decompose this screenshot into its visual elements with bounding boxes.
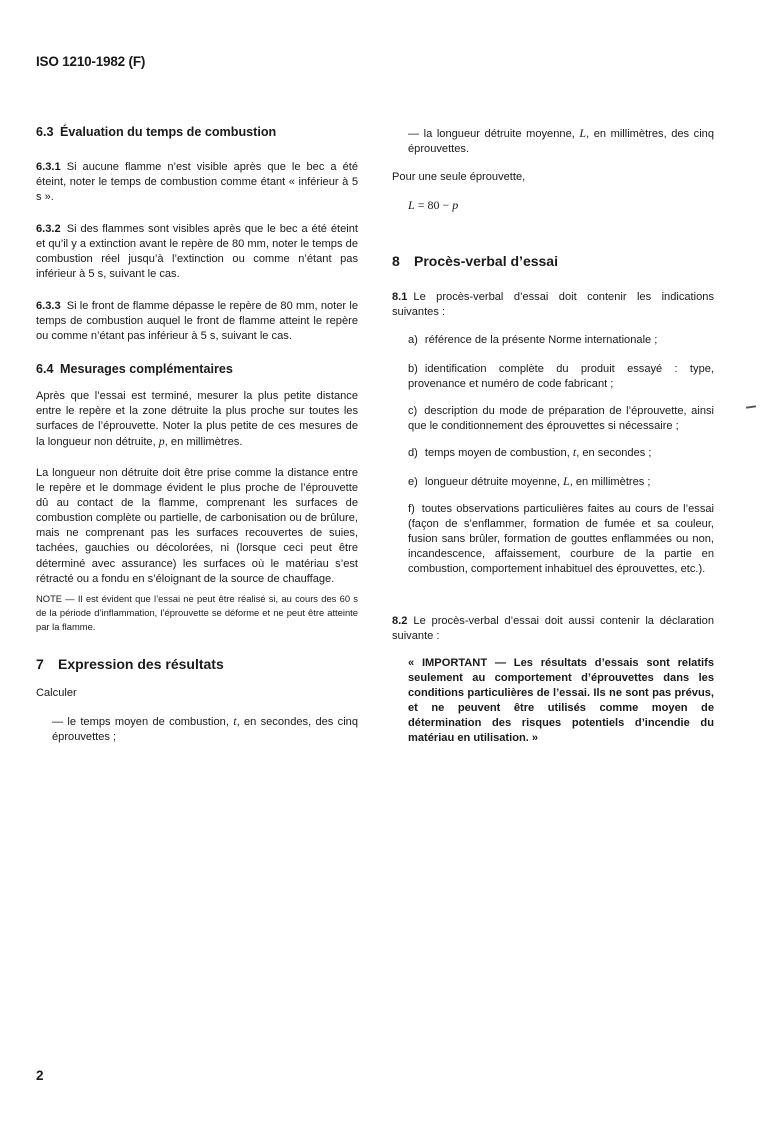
section-heading-6-3: 6.3Évaluation du temps de combustion bbox=[36, 125, 358, 139]
formula-lhs: L bbox=[408, 198, 415, 212]
paragraph-6-4-measure: Après que l’essai est terminé, mesurer l… bbox=[36, 389, 358, 450]
item-text: temps moyen de combustion, bbox=[425, 447, 573, 459]
note-block: NOTE — Il est évident que l’essai ne peu… bbox=[36, 592, 358, 634]
clause-number: 6.3.3 bbox=[36, 300, 61, 312]
formula: L = 80 − p bbox=[392, 198, 714, 213]
clause-6-3-2: 6.3.2Si des flammes sont visibles après … bbox=[36, 222, 358, 282]
item-text: , en secondes ; bbox=[576, 447, 651, 459]
report-item-e: e)longueur détruite moyenne, L, en milli… bbox=[392, 474, 714, 490]
clause-8-2: 8.2Le procès-verbal d’essai doit aussi c… bbox=[392, 614, 714, 644]
section-title: Expression des résultats bbox=[58, 656, 224, 672]
section-title: Mesurages complémentaires bbox=[60, 362, 233, 376]
report-item-c: c)description du mode de préparation de … bbox=[392, 404, 714, 434]
section-number: 8 bbox=[392, 253, 414, 269]
paragraph-text: Calculer bbox=[36, 686, 358, 701]
item-text: description du mode de préparation de l’… bbox=[408, 405, 714, 432]
item-text: référence de la présente Norme internati… bbox=[425, 334, 658, 346]
section-number: 7 bbox=[36, 656, 58, 672]
clause-text: Le procès-verbal d’essai doit contenir l… bbox=[392, 291, 714, 318]
report-item-b: b)identification complète du produit ess… bbox=[392, 362, 714, 392]
note-text: NOTE — Il est évident que l’essai ne peu… bbox=[36, 592, 358, 634]
section-title: Évaluation du temps de combustion bbox=[60, 125, 276, 139]
paragraph-text: , en millimètres. bbox=[165, 436, 243, 448]
margin-mark bbox=[746, 405, 756, 408]
document-header-standard-id: ISO 1210-1982 (F) bbox=[36, 54, 145, 69]
list-item-mean-time: — le temps moyen de combustion, t, en se… bbox=[36, 714, 358, 745]
important-quote-text: « IMPORTANT — Les résultats d’essais son… bbox=[392, 656, 714, 747]
item-text: , en millimètres ; bbox=[570, 476, 651, 488]
clause-number: 6.3.1 bbox=[36, 161, 61, 173]
item-text: longueur détruite moyenne, bbox=[425, 476, 563, 488]
item-text: — le temps moyen de combustion, bbox=[52, 716, 233, 728]
paragraph-text: Pour une seule éprouvette, bbox=[392, 170, 714, 185]
clause-6-3-1: 6.3.1Si aucune flamme n’est visible aprè… bbox=[36, 160, 358, 205]
paragraph-6-4-definition: La longueur non détruite doit être prise… bbox=[36, 466, 358, 587]
page-number: 2 bbox=[36, 1068, 44, 1083]
item-text: identification complète du produit essay… bbox=[408, 363, 714, 390]
report-item-f: f)toutes observations particulières fait… bbox=[392, 502, 714, 577]
section-heading-6-4: 6.4Mesurages complémentaires bbox=[36, 362, 358, 376]
paragraph-text: La longueur non détruite doit être prise… bbox=[36, 466, 358, 587]
item-label: f) bbox=[408, 503, 415, 515]
variable-L: L bbox=[563, 474, 570, 488]
list-item-mean-length: — la longueur détruite moyenne, L, en mi… bbox=[392, 126, 714, 157]
single-specimen-text: Pour une seule éprouvette, bbox=[392, 170, 714, 185]
section-number: 6.3 bbox=[36, 125, 60, 139]
formula-variable: p bbox=[452, 198, 458, 212]
report-item-a: a)référence de la présente Norme interna… bbox=[392, 333, 714, 348]
clause-text: Le procès-verbal d’essai doit aussi cont… bbox=[392, 615, 714, 642]
item-text: toutes observations particulières faites… bbox=[408, 503, 714, 575]
clause-number: 8.2 bbox=[392, 615, 407, 627]
clause-number: 6.3.2 bbox=[36, 223, 61, 235]
formula-equals: = bbox=[415, 198, 428, 212]
clause-text: Si aucune flamme n’est visible après que… bbox=[36, 161, 358, 203]
section-heading-8: 8Procès-verbal d’essai bbox=[392, 253, 714, 269]
clause-text: Si le front de flamme dépasse le repère … bbox=[36, 300, 358, 342]
section-title: Procès-verbal d’essai bbox=[414, 253, 558, 269]
item-label: e) bbox=[408, 476, 418, 488]
item-label: b) bbox=[408, 363, 418, 375]
important-statement: « IMPORTANT — Les résultats d’essais son… bbox=[392, 656, 714, 747]
formula-constant: 80 − bbox=[427, 198, 452, 212]
item-label: a) bbox=[408, 334, 418, 346]
item-text: — la longueur détruite moyenne, bbox=[408, 128, 579, 140]
report-item-d: d)temps moyen de combustion, t, en secon… bbox=[392, 445, 714, 461]
clause-number: 8.1 bbox=[392, 291, 407, 303]
section-heading-7: 7Expression des résultats bbox=[36, 656, 358, 672]
calculer-label: Calculer bbox=[36, 686, 358, 701]
clause-6-3-3: 6.3.3Si le front de flamme dépasse le re… bbox=[36, 299, 358, 344]
item-label: c) bbox=[408, 405, 417, 417]
clause-8-1: 8.1Le procès-verbal d’essai doit conteni… bbox=[392, 290, 714, 320]
item-label: d) bbox=[408, 447, 418, 459]
clause-text: Si des flammes sont visibles après que l… bbox=[36, 223, 358, 280]
section-number: 6.4 bbox=[36, 362, 60, 376]
